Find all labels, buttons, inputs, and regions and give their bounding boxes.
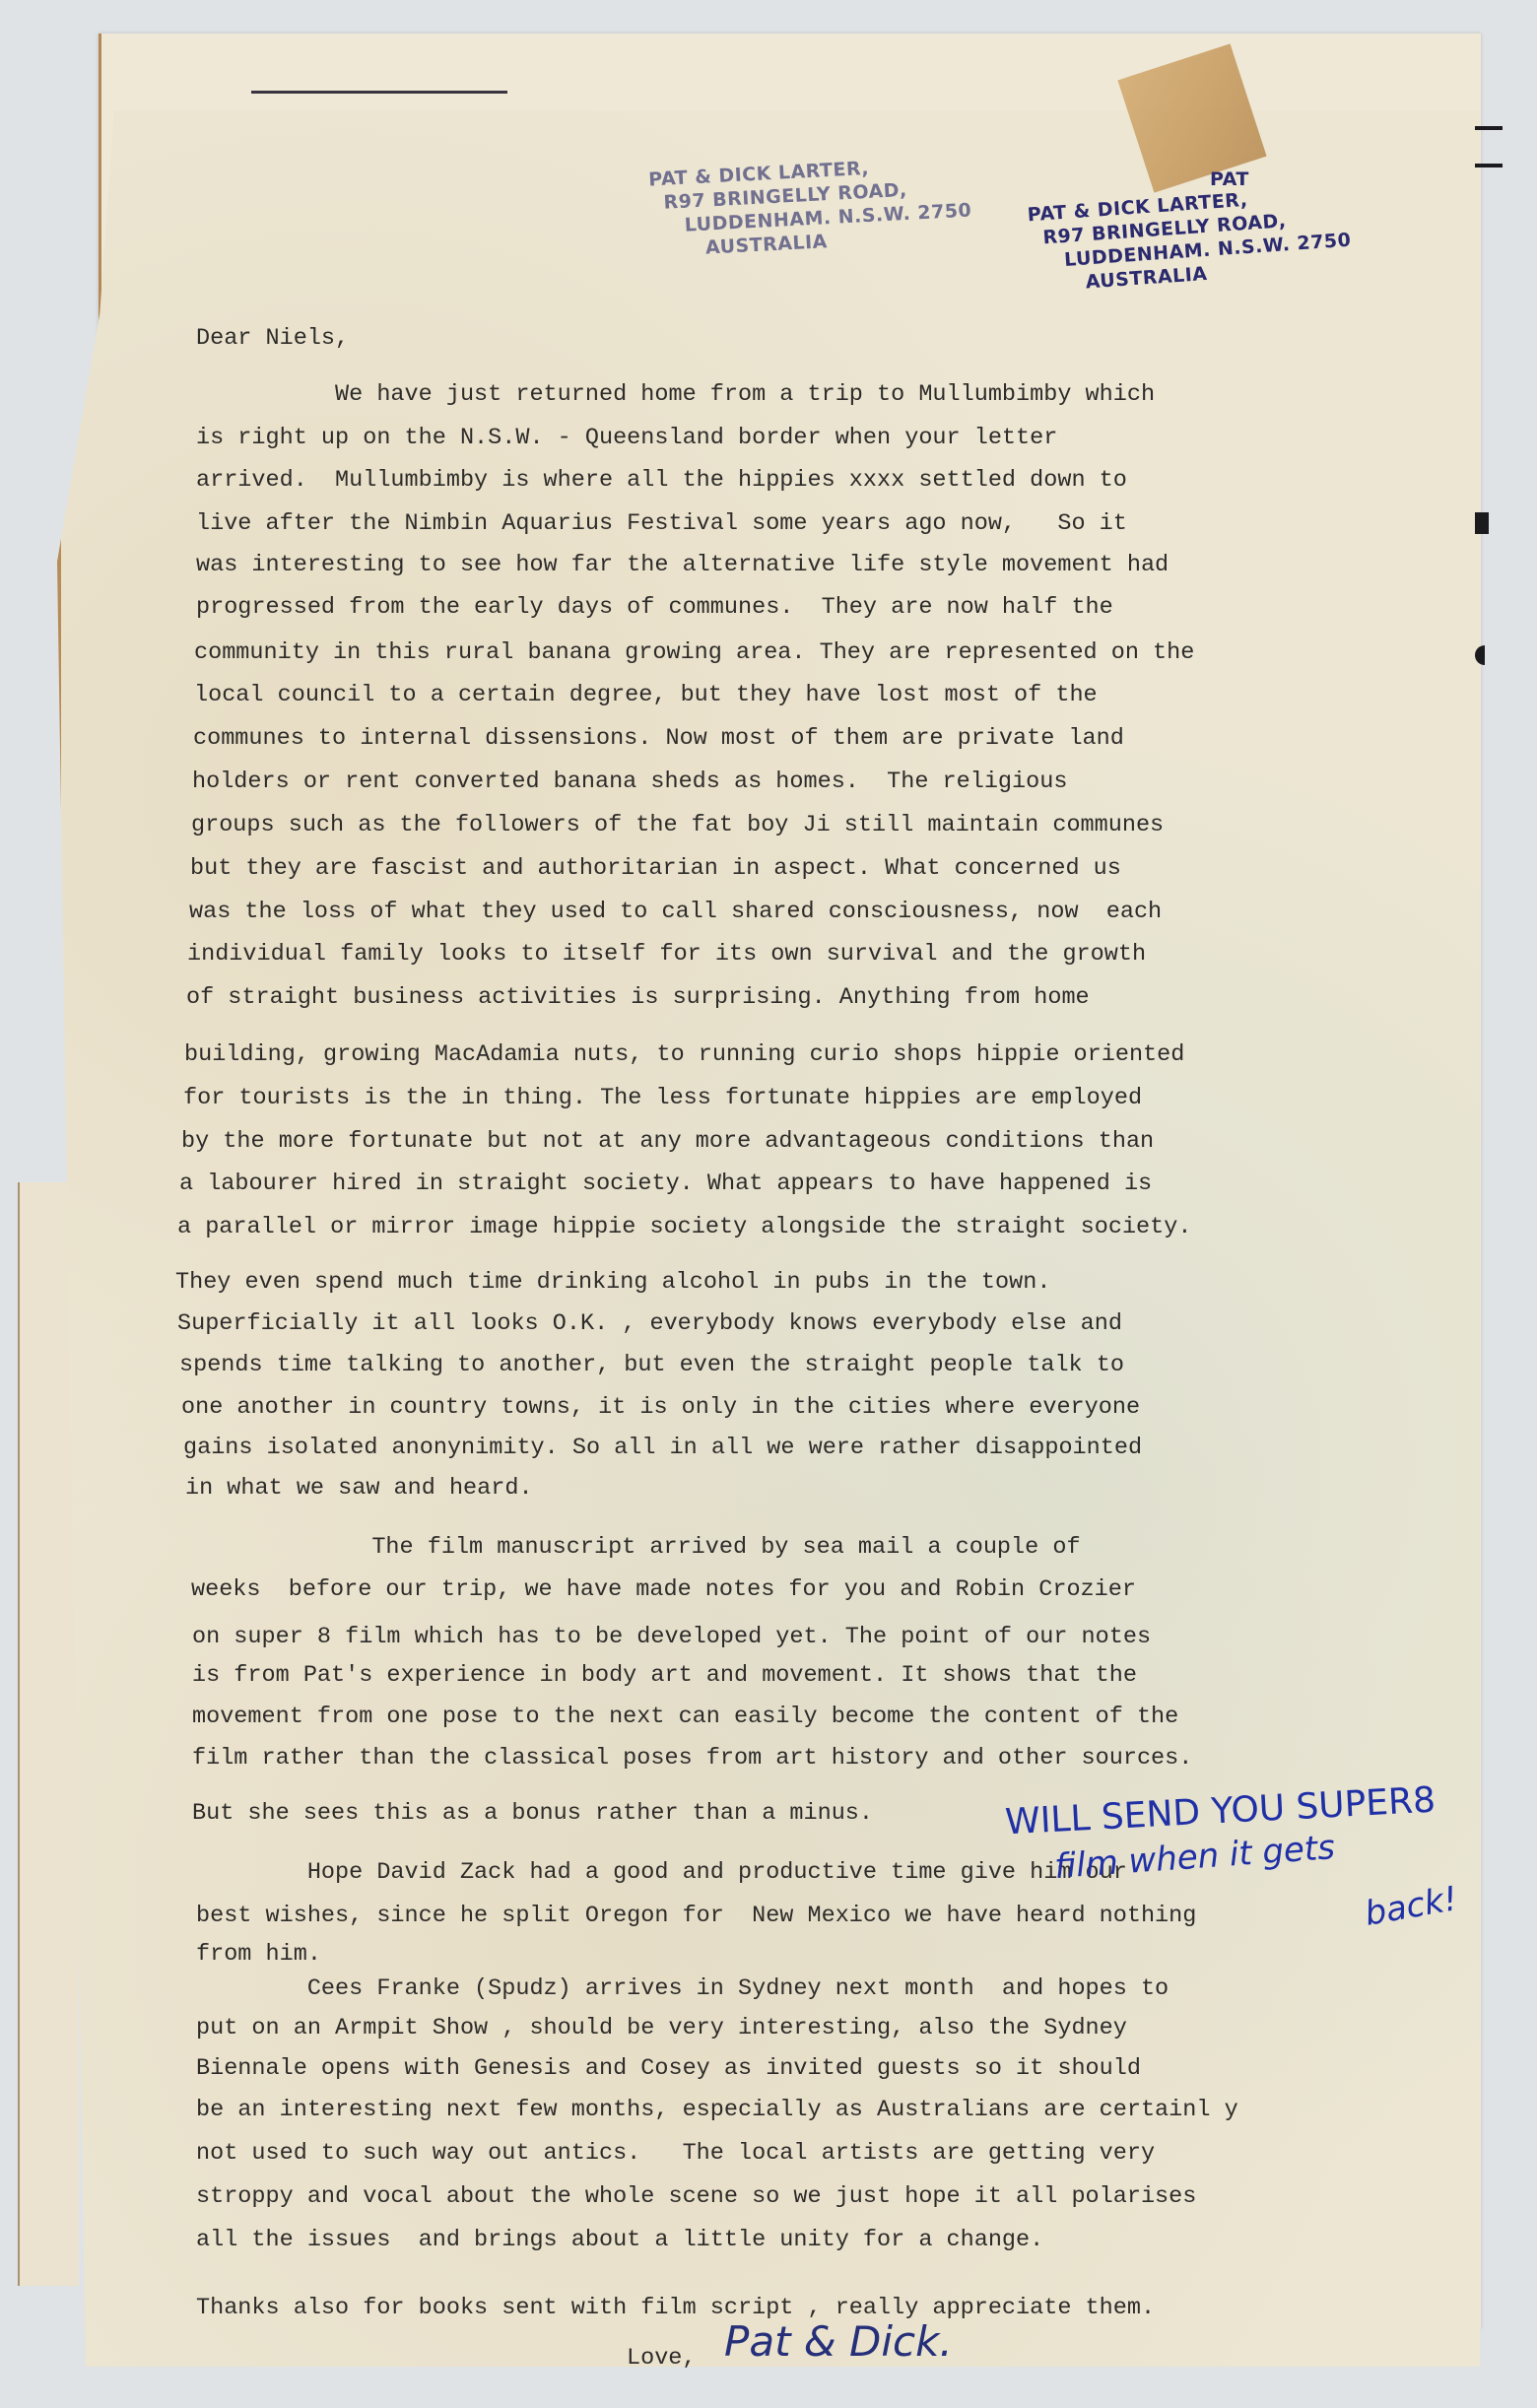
letter-line: stroppy and vocal about the whole scene … bbox=[196, 2183, 1196, 2210]
letter-line: all the issues and brings about a little… bbox=[196, 2227, 1043, 2253]
letter-line: by the more fortunate but not at any mor… bbox=[181, 1128, 1154, 1155]
letter-line: gains isolated anonynimity. So all in al… bbox=[183, 1435, 1142, 1461]
letter-line: is from Pat's experience in body art and… bbox=[192, 1662, 1137, 1689]
letter-line: Superficially it all looks O.K. , everyb… bbox=[177, 1310, 1122, 1337]
letter-line: for tourists is the in thing. The less f… bbox=[183, 1085, 1142, 1111]
margin-mark bbox=[1475, 164, 1503, 167]
letter-line: weeks before our trip, we have made note… bbox=[191, 1576, 1136, 1603]
letter-line: was the loss of what they used to call s… bbox=[189, 899, 1162, 925]
letter-line: not used to such way out antics. The loc… bbox=[196, 2140, 1155, 2167]
letter-line: in what we saw and heard. bbox=[185, 1475, 533, 1502]
letter-line: Thanks also for books sent with film scr… bbox=[196, 2295, 1155, 2321]
letter-line: Biennale opens with Genesis and Cosey as… bbox=[196, 2055, 1141, 2082]
letter-line: one another in country towns, it is only… bbox=[181, 1394, 1140, 1421]
letter-line: film rather than the classical poses fro… bbox=[192, 1745, 1192, 1772]
letter-line: communes to internal dissensions. Now mo… bbox=[193, 725, 1124, 752]
letter-line: But she sees this as a bonus rather than… bbox=[192, 1800, 873, 1827]
letter-line: They even spend much time drinking alcoh… bbox=[175, 1269, 1050, 1296]
letter-line: The film manuscript arrived by sea mail … bbox=[191, 1534, 1081, 1561]
letter-line: Hope David Zack had a good and productiv… bbox=[196, 1859, 1127, 1886]
letter-line: but they are fascist and authoritarian i… bbox=[190, 855, 1121, 882]
top-rule-line bbox=[251, 91, 507, 94]
letter-line: Cees Franke (Spudz) arrives in Sydney ne… bbox=[196, 1975, 1169, 2002]
letter-line: put on an Armpit Show , should be very i… bbox=[196, 2015, 1127, 2041]
letter-line: best wishes, since he split Oregon for N… bbox=[196, 1903, 1196, 1929]
letter-line: movement from one pose to the next can e… bbox=[192, 1704, 1178, 1730]
letter-line: from him. bbox=[196, 1941, 321, 1968]
signature: Pat & Dick. bbox=[724, 2317, 953, 2366]
letter-line: was interesting to see how far the alter… bbox=[196, 552, 1169, 578]
letter-line: individual family looks to itself for it… bbox=[187, 941, 1146, 968]
salutation: Dear Niels, bbox=[196, 325, 349, 352]
letter-line: We have just returned home from a trip t… bbox=[196, 381, 1155, 408]
letter-line: arrived. Mullumbimby is where all the hi… bbox=[196, 467, 1127, 494]
letter-line: is right up on the N.S.W. - Queensland b… bbox=[196, 425, 1057, 451]
letter-line: spends time talking to another, but even… bbox=[179, 1352, 1124, 1378]
letter-line: groups such as the followers of the fat … bbox=[191, 812, 1164, 838]
letter-line: holders or rent converted banana sheds a… bbox=[192, 769, 1067, 795]
closing: Love, bbox=[627, 2345, 697, 2372]
letter-line: a parallel or mirror image hippie societ… bbox=[177, 1214, 1191, 1240]
letter-line: building, growing MacAdamia nuts, to run… bbox=[184, 1041, 1184, 1068]
margin-mark bbox=[1475, 512, 1489, 534]
letter-line: on super 8 film which has to be develope… bbox=[192, 1624, 1151, 1650]
letter-line: be an interesting next few months, espec… bbox=[196, 2097, 1238, 2123]
letter-line: of straight business activities is surpr… bbox=[186, 984, 1090, 1011]
letter-line: a labourer hired in straight society. Wh… bbox=[179, 1171, 1152, 1197]
address-stamp-faded: PAT & DICK LARTER, R97 BRINGELLY ROAD, L… bbox=[648, 152, 973, 263]
letter-line: progressed from the early days of commun… bbox=[196, 594, 1113, 621]
margin-mark bbox=[1475, 126, 1503, 130]
letter-line: community in this rural banana growing a… bbox=[194, 639, 1194, 666]
letter-line: live after the Nimbin Aquarius Festival … bbox=[196, 510, 1127, 537]
letter-line: local council to a certain degree, but t… bbox=[194, 682, 1098, 708]
